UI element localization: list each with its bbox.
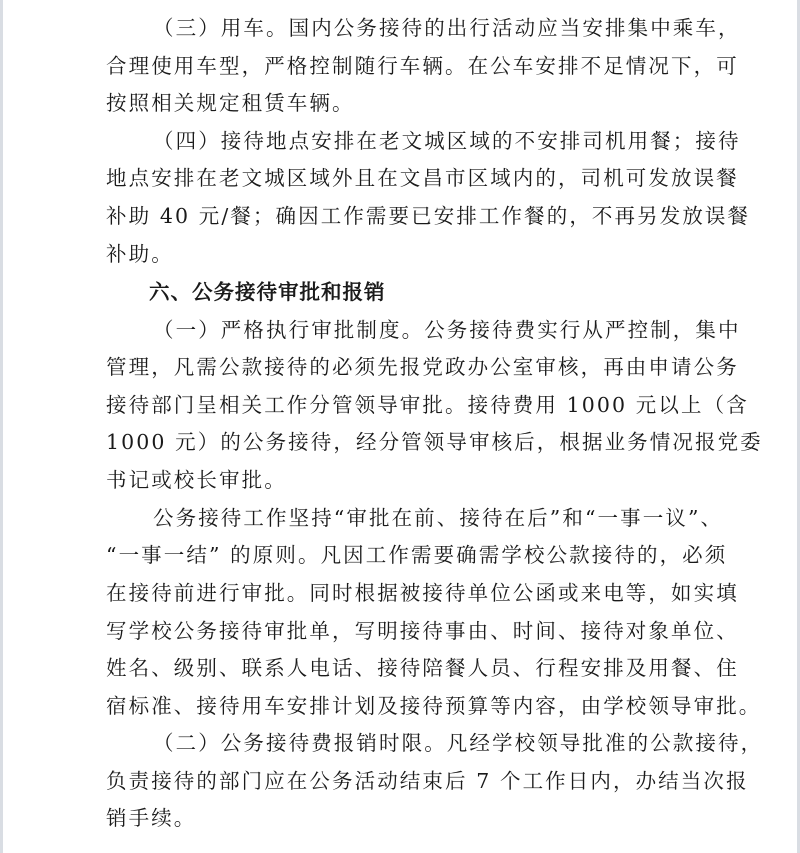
paragraph-reimbursement-line-3: 销手续。: [106, 803, 694, 833]
paragraph-reimbursement-line-1: （二）公务接待费报销时限。凡经学校领导批准的公款接待，: [153, 728, 694, 758]
paragraph-approval-line-4: 1000 元）的公务接待，经分管领导审核后，根据业务情况报党委: [106, 427, 694, 457]
paragraph-driver-meal-line-3: 补助 40 元/餐；确因工作需要已安排工作餐的，不再另发放误餐: [106, 201, 694, 231]
document-page: （三）用车。国内公务接待的出行活动应当安排集中乘车， 合理使用车型，严格控制随行…: [0, 0, 800, 853]
paragraph-reimbursement-line-2: 负责接待的部门应在公务活动结束后 7 个工作日内，办结当次报: [106, 766, 694, 796]
section-heading-six: 六、公务接待审批和报销: [149, 277, 449, 307]
paragraph-approval-line-5: 书记或校长审批。: [106, 465, 694, 495]
paragraph-approval-line-2: 管理，凡需公款接待的必须先报党政办公室审核，再由申请公务: [106, 352, 694, 382]
paragraph-approval-line-3: 接待部门呈相关工作分管领导审批。接待费用 1000 元以上（含: [106, 390, 694, 420]
paragraph-vehicle-line-3: 按照相关规定租赁车辆。: [106, 88, 694, 118]
paragraph-principles-line-2: “一事一结” 的原则。凡因工作需要确需学校公款接待的，必须: [106, 540, 694, 570]
paragraph-driver-meal-line-1: （四）接待地点安排在老文城区域的不安排司机用餐；接待: [153, 126, 694, 156]
paragraph-principles-line-3: 在接待前进行审批。同时根据被接待单位公函或来电等，如实填: [106, 578, 694, 608]
paragraph-principles-line-5: 姓名、级别、联系人电话、接待陪餐人员、行程安排及用餐、住: [106, 653, 694, 683]
paragraph-approval-line-1: （一）严格执行审批制度。公务接待费实行从严控制，集中: [153, 315, 694, 345]
paragraph-principles-line-6: 宿标准、接待用车安排计划及接待预算等内容，由学校领导审批。: [106, 691, 694, 721]
paragraph-vehicle-line-2: 合理使用车型，严格控制随行车辆。在公车安排不足情况下，可: [106, 51, 694, 81]
paragraph-driver-meal-line-4: 补助。: [106, 239, 694, 269]
paragraph-driver-meal-line-2: 地点安排在老文城区域外且在文昌市区域内的，司机可发放误餐: [106, 163, 694, 193]
paragraph-principles-line-4: 写学校公务接待审批单，写明接待事由、时间、接待对象单位、: [106, 616, 694, 646]
paragraph-principles-line-1: 公务接待工作坚持“审批在前、接待在后”和“一事一议”、: [153, 503, 694, 533]
paragraph-vehicle-line-1: （三）用车。国内公务接待的出行活动应当安排集中乘车，: [153, 13, 694, 43]
